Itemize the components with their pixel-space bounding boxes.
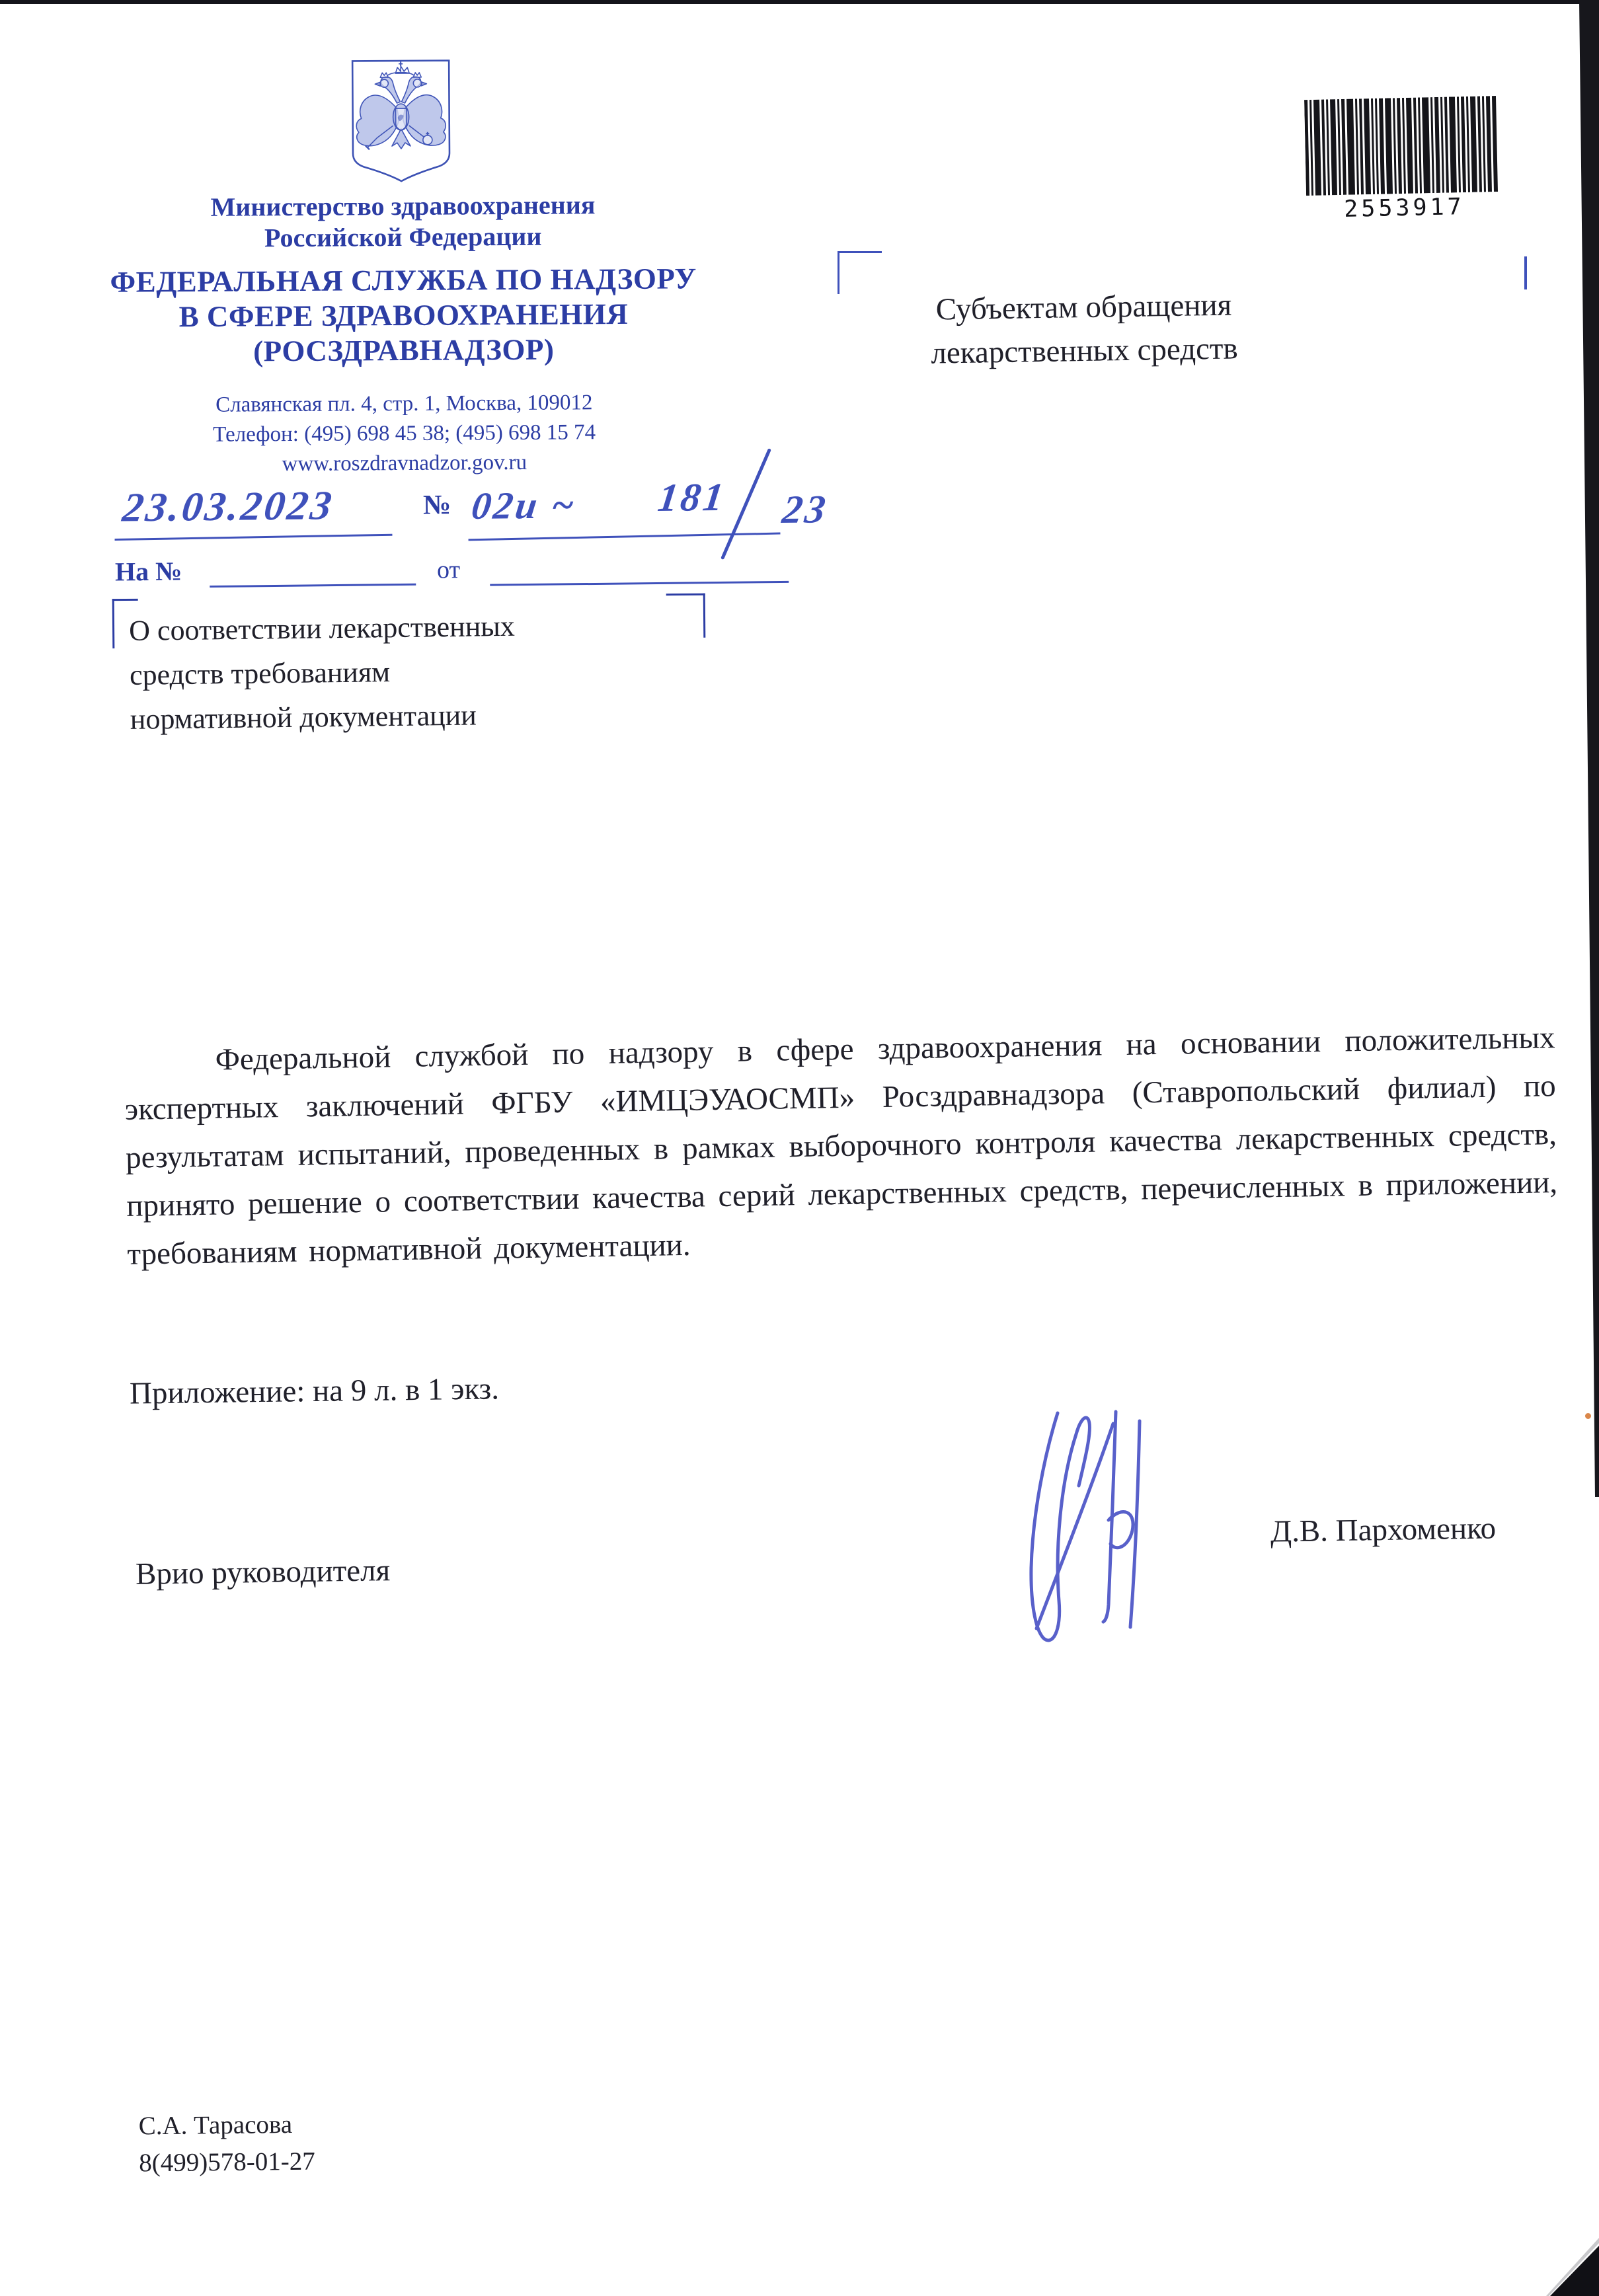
number-sign: №	[423, 489, 451, 521]
reply-date-blank	[490, 581, 789, 586]
recipient-line2: лекарственных средств	[879, 326, 1290, 376]
recipient-right-mark	[1524, 256, 1527, 289]
russia-coat-of-arms-icon	[348, 56, 454, 183]
scanned-letter-page: { "letterhead": { "ministry": ["Министер…	[0, 0, 1599, 2296]
scan-speck	[1585, 1413, 1591, 1419]
date-underline	[115, 534, 393, 541]
subject-line1: О соответствии лекарственных	[129, 602, 658, 653]
subject-line2: средств требованиям	[130, 646, 659, 697]
scan-edge-top	[0, 0, 1599, 4]
recipient-line1: Субъектам обращения	[878, 282, 1289, 332]
subject-line3: нормативной документации	[130, 691, 659, 742]
registration-barcode: 2553917	[1304, 96, 1502, 227]
executor-name: С.А. Тарасова	[138, 2106, 315, 2145]
body-paragraph: Федеральной службой по надзору в сфере з…	[124, 1014, 1559, 1279]
barcode-number: 2553917	[1306, 193, 1502, 223]
subject-block: О соответствии лекарственных средств тре…	[129, 602, 659, 742]
ministry-name-line2: Российской Федерации	[56, 219, 750, 254]
handwritten-number-prefix: 02и ~	[469, 482, 580, 528]
reply-from-label: от	[437, 555, 461, 584]
signer-name: Д.В. Пархоменко	[1270, 1510, 1497, 1549]
handwritten-number-main: 181	[655, 475, 728, 521]
barcode-bars-icon	[1304, 96, 1502, 196]
service-name-line2: В СФЕРЕ ЗДРАВООХРАНЕНИЯ	[56, 296, 750, 335]
service-name-line3: (РОСЗДРАВНАДЗОР)	[57, 331, 751, 370]
signature-ink-scribble	[960, 1409, 1166, 1648]
letterhead: Министерство здравоохранения Российской …	[55, 44, 752, 480]
attachment-note: Приложение: на 9 л. в 1 экз.	[130, 1371, 500, 1411]
subject-corner-right-mark	[666, 593, 706, 638]
signer-position: Врио руководителя	[136, 1552, 391, 1592]
handwritten-number-year: 23	[780, 486, 831, 533]
recipient-corner-mark	[838, 251, 882, 294]
scan-edge-right	[1571, 0, 1599, 1520]
ministry-name: Министерство здравоохранения Российской …	[56, 188, 750, 254]
contact-block: Славянская пл. 4, стр. 1, Москва, 109012…	[57, 387, 752, 480]
service-name: ФЕДЕРАЛЬНАЯ СЛУЖБА ПО НАДЗОРУ В СФЕРЕ ЗД…	[56, 261, 751, 370]
website-url: www.roszdravnadzor.gov.ru	[58, 447, 752, 480]
ministry-name-line1: Министерство здравоохранения	[56, 188, 750, 223]
scan-edge-bottom-right	[1546, 2237, 1599, 2296]
recipient-address: Субъектам обращения лекарственных средст…	[878, 282, 1290, 376]
executor-block: С.А. Тарасова 8(499)578-01-27	[138, 2106, 315, 2182]
phone-numbers: Телефон: (495) 698 45 38; (495) 698 15 7…	[57, 417, 751, 451]
postal-address: Славянская пл. 4, стр. 1, Москва, 109012	[57, 387, 751, 421]
handwritten-date: 23.03.2023	[120, 482, 336, 531]
reply-number-blank	[210, 584, 416, 588]
service-name-line1: ФЕДЕРАЛЬНАЯ СЛУЖБА ПО НАДЗОРУ	[56, 261, 750, 300]
executor-phone: 8(499)578-01-27	[139, 2143, 315, 2182]
reply-to-label: На №	[115, 555, 182, 587]
